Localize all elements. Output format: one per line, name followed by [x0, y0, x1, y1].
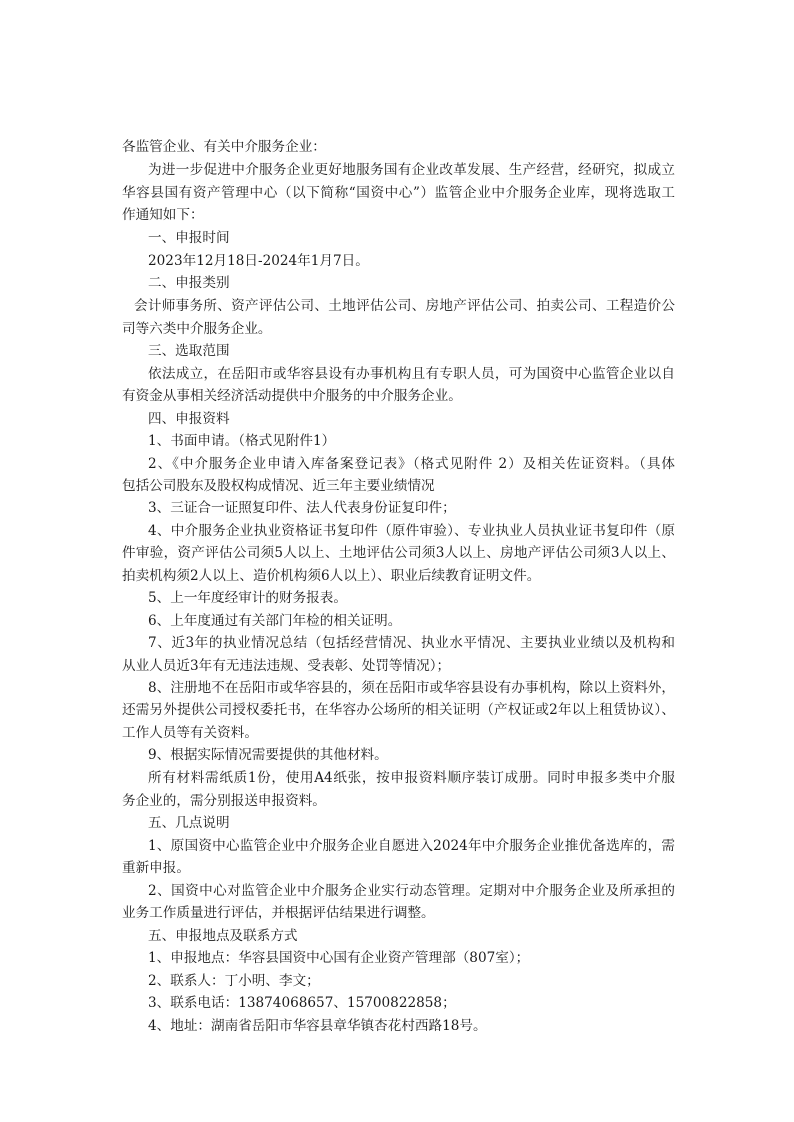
- section-heading-contact: 五、申报地点及联系方式: [148, 927, 298, 945]
- materials-item-1: 1、书面申请。（格式见附件1）: [148, 432, 335, 450]
- section-body-scope-line: 有资金从事相关经济活动提供中介服务的中介服务企业。: [122, 387, 462, 405]
- intro-paragraph-line: 作通知如下：: [122, 206, 204, 224]
- section-heading-notes: 五、几点说明: [148, 814, 230, 832]
- section-heading-scope: 三、选取范围: [148, 342, 230, 360]
- notes-item-1-line: 1、原国资中心监管企业中介服务企业自愿进入2024年中介服务企业推优备选库的，需: [148, 837, 675, 855]
- notes-item-2-line: 2、国资中心对监管企业中介服务企业实行动态管理。定期对中介服务企业及所承担的: [148, 882, 675, 900]
- materials-item-7-line: 从业人员近3年有无违法违规、受表彰、处罚等情况）；: [122, 657, 450, 675]
- materials-item-7-line: 7、近3年的执业情况总结（包括经营情况、执业水平情况、主要执业业绩以及机构和: [148, 634, 675, 652]
- section-body-category-line: 会计师事务所、资产评估公司、土地评估公司、房地产评估公司、拍卖公司、工程造价公: [134, 297, 675, 315]
- intro-paragraph-line: 华容县国有资产管理中心（以下简称“国资中心”）监管企业中介服务企业库，现将选取工: [122, 184, 675, 202]
- contact-address: 4、地址：湖南省岳阳市华容县章华镇杏花村西路18号。: [148, 1017, 487, 1035]
- section-body-category-line: 司等六类中介服务企业。: [122, 320, 272, 338]
- intro-paragraph-line: 为进一步促进中介服务企业更好地服务国有企业改革发展、生产经营，经研究，拟成立: [148, 161, 675, 179]
- materials-item-5: 5、上一年度经审计的财务报表。: [148, 589, 347, 607]
- salutation: 各监管企业、有关中介服务企业：: [122, 138, 326, 156]
- materials-note-line: 务企业的，需分别报送申报资料。: [122, 792, 326, 810]
- materials-item-6: 6、上年度通过有关部门年检的相关证明。: [148, 612, 401, 630]
- materials-item-9: 9、根据实际情况需要提供的其他材料。: [148, 746, 388, 764]
- contact-persons: 2、联系人：丁小明、李文；: [148, 972, 320, 990]
- materials-item-2-line: 包括公司股东及股权构成情况、近三年主要业绩情况: [122, 477, 435, 495]
- materials-item-4-line: 件审验，资产评估公司须5人以上、土地评估公司须3人以上、房地产评估公司须3人以上…: [122, 544, 675, 562]
- section-heading-materials: 四、申报资料: [148, 410, 230, 428]
- notes-item-2-line: 业务工作质量进行评估，并根据评估结果进行调整。: [122, 904, 435, 922]
- materials-item-8-line: 工作人员等有关资料。: [122, 724, 258, 742]
- materials-item-8-line: 8、注册地不在岳阳市或华容县的，须在岳阳市或华容县设有办事机构，除以上资料外，: [148, 679, 675, 697]
- contact-location: 1、申报地点：华容县国资中心国有企业资产管理部（807室）；: [148, 949, 529, 967]
- materials-item-4-line: 拍卖机构须2人以上、造价机构须6人以上）、职业后续教育证明文件。: [122, 567, 540, 585]
- materials-item-2-line: 2、《中介服务企业申请入库备案登记表》（格式见附件 2）及相关佐证资料。（具体: [148, 455, 675, 473]
- materials-item-8-line: 还需另外提供公司授权委托书，在华容办公场所的相关证明（产权证或2年以上租赁协议）…: [122, 701, 675, 719]
- contact-phone: 3、联系电话：13874068657、15700822858；: [148, 994, 456, 1012]
- notes-item-1-line: 重新申报。: [122, 859, 190, 877]
- section-body-time: 2023年12月18日-2024年1月7日。: [148, 252, 369, 270]
- section-body-scope-line: 依法成立，在岳阳市或华容县设有办事机构且有专职人员，可为国资中心监管企业以自: [148, 365, 675, 383]
- document-page: 各监管企业、有关中介服务企业： 为进一步促进中介服务企业更好地服务国有企业改革发…: [0, 0, 794, 1122]
- materials-item-4-line: 4、中介服务企业执业资格证书复印件（原件审验）、专业执业人员执业证书复印件（原: [148, 522, 675, 540]
- section-heading-time: 一、申报时间: [148, 229, 230, 247]
- materials-note-line: 所有材料需纸质1份，使用A4纸张，按申报资料顺序装订成册。同时申报多类中介服: [148, 769, 675, 787]
- section-heading-category: 二、申报类别: [148, 274, 230, 292]
- materials-item-3: 3、三证合一证照复印件、法人代表身份证复印件；: [148, 499, 456, 517]
